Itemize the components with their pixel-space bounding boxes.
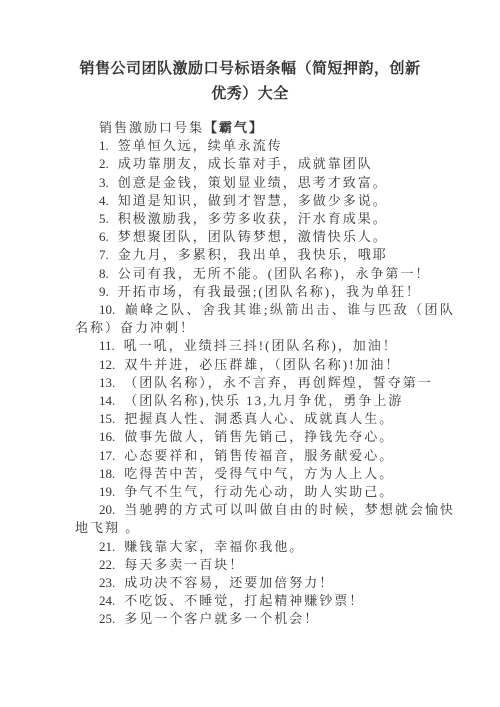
- slogan-item: 16.做事先做人，销售先销己，挣钱先夺心。: [75, 428, 455, 446]
- slogan-item: 11.吼一吼，业绩抖三抖!(团队名称)，加油！: [75, 337, 455, 355]
- slogan-item: 6.梦想聚团队，团队铸梦想，激情快乐人。: [75, 228, 455, 246]
- slogan-text: 公司有我，无所不能。(团队名称)，永争第一！: [118, 266, 431, 281]
- slogan-item: 20.当驰骋的方式可以叫做自由的时候，梦想就会愉快地飞翔 。: [75, 501, 455, 537]
- slogan-text: 积极激励我，多劳多收获，汗水育成果。: [118, 211, 388, 226]
- slogan-text: 双牛并进，必压群雄，（团队名称)!加油！: [124, 357, 400, 372]
- slogan-item: 1.签单恒久远，续单永流传: [75, 137, 455, 155]
- slogan-item: 4.知道是知识，做到才智慧，多做少多说。: [75, 192, 455, 210]
- slogan-text: 做事先做人，销售先销己，挣钱先夺心。: [124, 429, 394, 444]
- slogan-number: 12.: [99, 357, 115, 372]
- slogan-number: 1.: [99, 138, 109, 153]
- slogan-number: 15.: [99, 411, 115, 426]
- slogan-number: 19.: [99, 484, 115, 499]
- slogan-item: 18.吃得苦中苦，受得气中气，方为人上人。: [75, 465, 455, 483]
- slogan-number: 14.: [99, 393, 115, 408]
- slogan-number: 24.: [99, 593, 115, 608]
- slogan-text: （团队名称），永不言弃，再创辉煌，誓夺第一: [124, 375, 433, 390]
- slogan-text: 吼一吼，业绩抖三抖!(团队名称)，加油！: [124, 338, 398, 353]
- slogan-item: 14.（团队名称),快乐 13,九月争优，勇争上游: [75, 392, 455, 410]
- slogan-list: 1.签单恒久远，续单永流传 2.成功靠朋友，成长靠对手，成就靠团队 3.创意是金…: [75, 137, 455, 628]
- slogan-text: 多见一个客户就多一个机会！: [124, 611, 319, 626]
- slogan-text: 成功靠朋友，成长靠对手，成就靠团队: [118, 156, 373, 171]
- slogan-item: 25.多见一个客户就多一个机会！: [75, 610, 455, 628]
- slogan-text: 签单恒久远，续单永流传: [118, 138, 283, 153]
- section-heading: 销售激励口号集【霸气】: [75, 119, 455, 137]
- slogan-number: 6.: [99, 229, 109, 244]
- slogan-text: 成功决不容易，还要加倍努力！: [124, 575, 334, 590]
- slogan-text: 知道是知识，做到才智慧，多做少多说。: [118, 193, 388, 208]
- slogan-item: 23.成功决不容易，还要加倍努力！: [75, 574, 455, 592]
- slogan-number: 9.: [99, 284, 109, 299]
- slogan-number: 3.: [99, 175, 109, 190]
- slogan-item: 24.不吃饭、不睡觉，打起精神赚钞票！: [75, 592, 455, 610]
- slogan-number: 10.: [99, 302, 115, 317]
- slogan-item: 9.开拓市场，有我最强;(团队名称)，我为单狂！: [75, 283, 455, 301]
- slogan-number: 17.: [99, 448, 115, 463]
- slogan-number: 4.: [99, 193, 109, 208]
- slogan-item: 3.创意是金钱，策划显业绩，思考才致富。: [75, 174, 455, 192]
- slogan-number: 11.: [99, 338, 115, 353]
- slogan-number: 8.: [99, 266, 109, 281]
- slogan-item: 12.双牛并进，必压群雄，（团队名称)!加油！: [75, 356, 455, 374]
- section-heading-tag: 【霸气】: [204, 120, 264, 135]
- slogan-number: 18.: [99, 466, 115, 481]
- slogan-item: 8.公司有我，无所不能。(团队名称)，永争第一！: [75, 265, 455, 283]
- slogan-number: 2.: [99, 156, 109, 171]
- slogan-number: 5.: [99, 211, 109, 226]
- slogan-item: 19.争气不生气，行动先心动，助人实助己。: [75, 483, 455, 501]
- slogan-number: 20.: [99, 502, 115, 517]
- slogan-item: 2.成功靠朋友，成长靠对手，成就靠团队: [75, 155, 455, 173]
- slogan-text: 赚钱靠大家，幸福你我他。: [124, 539, 304, 554]
- slogan-item: 13.（团队名称），永不言弃，再创辉煌，誓夺第一: [75, 374, 455, 392]
- document-title: 销售公司团队激励口号标语条幅（简短押韵，创新优秀）大全: [76, 56, 424, 106]
- slogan-text: 巅峰之队、舍我其谁;纵箭出击、谁与匹敌（团队名称）奋力冲刺！: [75, 302, 455, 335]
- slogan-item: 5.积极激励我，多劳多收获，汗水育成果。: [75, 210, 455, 228]
- slogan-item: 22.每天多卖一百块！: [75, 556, 455, 574]
- slogan-item: 7.金九月，多累积，我出单，我快乐，哦耶: [75, 246, 455, 264]
- slogan-text: 不吃饭、不睡觉，打起精神赚钞票！: [124, 593, 364, 608]
- slogan-text: 开拓市场，有我最强;(团队名称)，我为单狂！: [118, 284, 421, 299]
- slogan-text: 当驰骋的方式可以叫做自由的时候，梦想就会愉快地飞翔 。: [75, 502, 455, 535]
- slogan-text: 梦想聚团队，团队铸梦想，激情快乐人。: [118, 229, 388, 244]
- slogan-text: 吃得苦中苦，受得气中气，方为人上人。: [124, 466, 394, 481]
- document-body: 销售激励口号集【霸气】 1.签单恒久远，续单永流传 2.成功靠朋友，成长靠对手，…: [0, 119, 500, 629]
- slogan-number: 16.: [99, 429, 115, 444]
- slogan-item: 15.把握真人性、洞悉真人心、成就真人生。: [75, 410, 455, 428]
- slogan-number: 13.: [99, 375, 115, 390]
- slogan-text: 心态要祥和，销售传福音，服务献爱心。: [124, 448, 394, 463]
- slogan-number: 23.: [99, 575, 115, 590]
- slogan-number: 7.: [99, 247, 109, 262]
- slogan-number: 25.: [99, 611, 115, 626]
- slogan-text: 每天多卖一百块！: [124, 557, 244, 572]
- slogan-text: 把握真人性、洞悉真人心、成就真人生。: [124, 411, 394, 426]
- slogan-text: 争气不生气，行动先心动，助人实助己。: [124, 484, 394, 499]
- section-heading-text: 销售激励口号集: [99, 120, 204, 135]
- slogan-number: 22.: [99, 557, 115, 572]
- slogan-item: 21.赚钱靠大家，幸福你我他。: [75, 538, 455, 556]
- slogan-text: 金九月，多累积，我出单，我快乐，哦耶: [118, 247, 388, 262]
- slogan-item: 17.心态要祥和，销售传福音，服务献爱心。: [75, 447, 455, 465]
- document-page: 销售公司团队激励口号标语条幅（简短押韵，创新优秀）大全 销售激励口号集【霸气】 …: [0, 0, 500, 707]
- slogan-number: 21.: [99, 539, 115, 554]
- slogan-text: （团队名称),快乐 13,九月争优，勇争上游: [124, 393, 403, 408]
- slogan-item: 10.巅峰之队、舍我其谁;纵箭出击、谁与匹敌（团队名称）奋力冲刺！: [75, 301, 455, 337]
- slogan-text: 创意是金钱，策划显业绩，思考才致富。: [118, 175, 388, 190]
